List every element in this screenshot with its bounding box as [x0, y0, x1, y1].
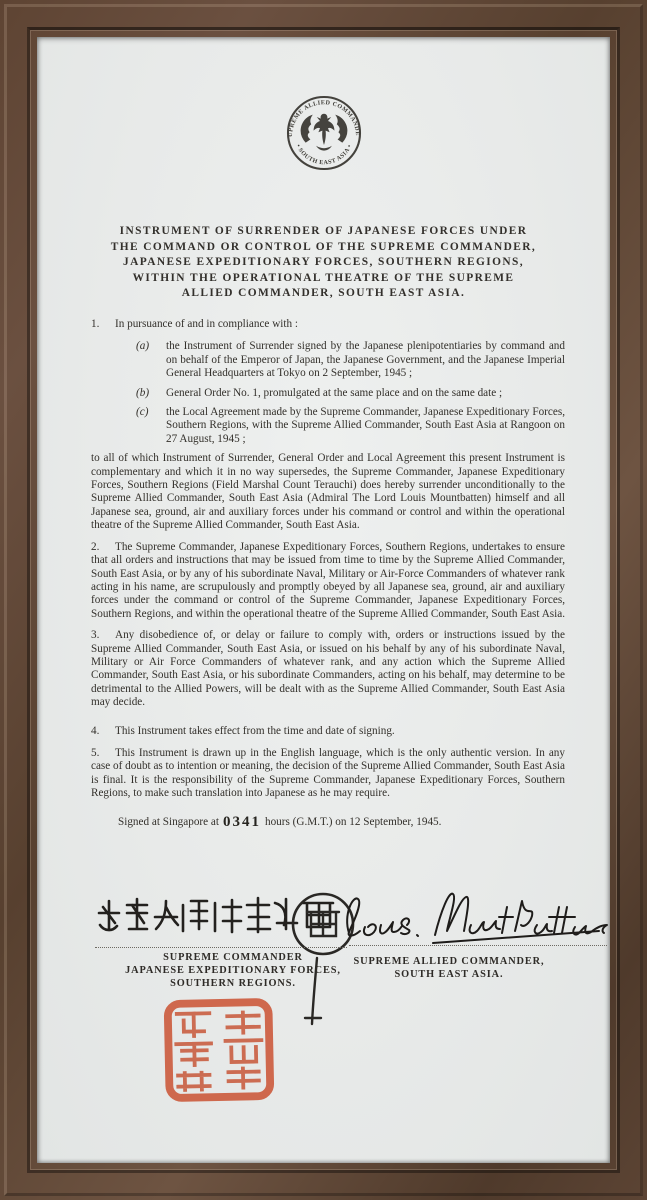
title-line: WITHIN THE OPERATIONAL THEATRE OF THE SU… — [104, 271, 544, 287]
clause-1c: (c) the Local Agreement made by the Supr… — [91, 406, 565, 446]
clause-1-intro: 1.In pursuance of and in compliance with… — [91, 318, 565, 331]
document-title: INSTRUMENT OF SURRENDER OF JAPANESE FORC… — [104, 224, 544, 302]
clause-text: This Instrument is drawn up in the Engli… — [91, 747, 565, 799]
clause-number: 2. — [91, 541, 115, 554]
clause-number: 5. — [91, 747, 115, 760]
signed-prefix: Signed at Singapore at — [118, 816, 219, 828]
clause-3: 3.Any disobedience of, or delay or failu… — [91, 629, 565, 709]
left-signature-line — [95, 947, 347, 948]
title-line: INSTRUMENT OF SURRENDER OF JAPANESE FORC… — [104, 224, 544, 240]
itagaki-signature — [93, 887, 345, 949]
clause-number: 3. — [91, 629, 115, 642]
caption-line: SOUTH EAST ASIA. — [337, 968, 561, 981]
mountbatten-signature — [337, 881, 613, 949]
sub-item-text: the Instrument of Surrender signed by th… — [166, 340, 565, 379]
sub-item-text: the Local Agreement made by the Supreme … — [166, 406, 565, 445]
clause-4: 4.This Instrument takes effect from the … — [91, 725, 565, 738]
clause-1b: (b) General Order No. 1, promulgated at … — [91, 387, 565, 400]
clause-2: 2.The Supreme Commander, Japanese Expedi… — [91, 541, 565, 621]
seac-phoenix-emblem: SUPREME ALLIED COMMANDER • SOUTH EAST AS… — [284, 93, 364, 173]
caption-line: SUPREME ALLIED COMMANDER, — [337, 955, 561, 968]
clause-1-continuation: to all of which Instrument of Surrender,… — [91, 452, 565, 532]
handwritten-time: 0341 — [223, 814, 261, 830]
right-signature-line — [349, 945, 607, 946]
sub-item-label: (a) — [136, 340, 149, 353]
clause-text: This Instrument takes effect from the ti… — [115, 725, 395, 737]
right-signatory-caption: SUPREME ALLIED COMMANDER, SOUTH EAST ASI… — [337, 955, 561, 981]
clause-text: Any disobedience of, or delay or failure… — [91, 629, 565, 708]
title-line: THE COMMAND OR CONTROL OF THE SUPREME CO… — [104, 240, 544, 256]
framed-document-photo: SUPREME ALLIED COMMANDER • SOUTH EAST AS… — [0, 0, 647, 1200]
surrender-document-page: SUPREME ALLIED COMMANDER • SOUTH EAST AS… — [37, 37, 610, 1163]
clause-1a: (a) the Instrument of Surrender signed b… — [91, 340, 565, 380]
signed-at-line: Signed at Singapore at0341hours (G.M.T.)… — [91, 815, 565, 829]
sub-item-label: (b) — [136, 387, 149, 400]
title-line: JAPANESE EXPEDITIONARY FORCES, SOUTHERN … — [104, 255, 544, 271]
clause-5: 5.This Instrument is drawn up in the Eng… — [91, 747, 565, 801]
clause-number: 4. — [91, 725, 115, 738]
sub-item-label: (c) — [136, 406, 148, 419]
clause-number: 1. — [91, 318, 115, 331]
phoenix-icon — [300, 114, 347, 151]
sub-item-text: General Order No. 1, promulgated at the … — [166, 387, 502, 399]
clause-text: In pursuance of and in compliance with : — [115, 318, 298, 330]
army-seal-stamp-icon — [162, 997, 276, 1103]
signed-suffix: hours (G.M.T.) on 12 September, 1945. — [265, 816, 441, 828]
clause-text: The Supreme Commander, Japanese Expediti… — [91, 541, 565, 620]
document-body: 1.In pursuance of and in compliance with… — [91, 318, 565, 829]
title-line: ALLIED COMMANDER, SOUTH EAST ASIA. — [104, 286, 544, 302]
